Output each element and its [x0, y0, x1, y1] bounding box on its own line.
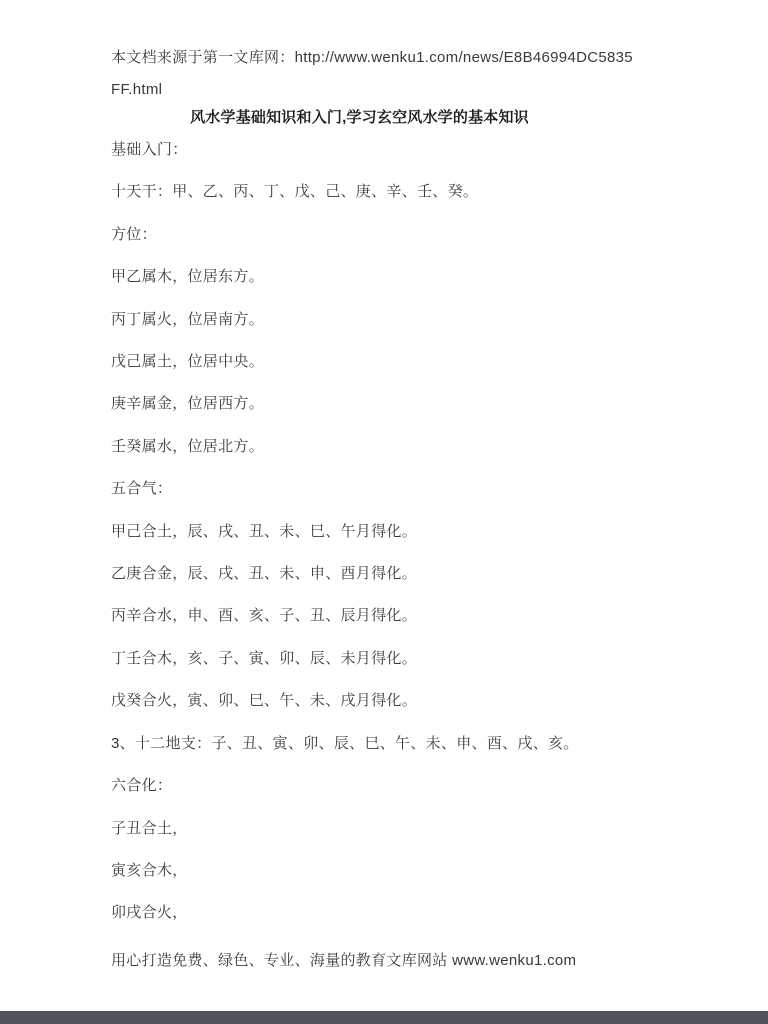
- paragraph: 六合化：: [111, 765, 608, 807]
- paragraph: 甲己合土，辰、戌、丑、未、巳、午月得化。: [111, 511, 608, 553]
- paragraph: 丁壬合木，亥、子、寅、卯、辰、未月得化。: [111, 638, 608, 680]
- document-title: 风水学基础知识和入门,学习玄空风水学的基本知识: [111, 107, 608, 129]
- paragraph: 戊癸合火，寅、卯、巳、午、未、戌月得化。: [111, 680, 608, 722]
- document-content: 本文档来源于第一文库网：http://www.wenku1.com/news/E…: [0, 0, 768, 971]
- document-page: 本文档来源于第一文库网：http://www.wenku1.com/news/E…: [0, 0, 768, 1024]
- paragraph: 3、十二地支：子、丑、寅、卯、辰、巳、午、未、申、酉、戌、亥。: [111, 723, 608, 765]
- document-body: 基础入门：十天干：甲、乙、丙、丁、戊、己、庚、辛、壬、癸。方位：甲乙属木，位居东…: [111, 129, 608, 935]
- paragraph: 戊己属土，位居中央。: [111, 341, 608, 383]
- paragraph: 十天干：甲、乙、丙、丁、戊、己、庚、辛、壬、癸。: [111, 171, 608, 213]
- paragraph: 庚辛属金，位居西方。: [111, 383, 608, 425]
- paragraph: 丙丁属火，位居南方。: [111, 299, 608, 341]
- paragraph: 壬癸属水，位居北方。: [111, 426, 608, 468]
- paragraph: 甲乙属木，位居东方。: [111, 256, 608, 298]
- paragraph: 丙辛合水，申、酉、亥、子、丑、辰月得化。: [111, 595, 608, 637]
- source-note-line1: 本文档来源于第一文库网：http://www.wenku1.com/news/E…: [111, 42, 608, 74]
- footer-note: 用心打造免费、绿色、专业、海量的教育文库网站 www.wenku1.com: [111, 951, 608, 971]
- paragraph: 方位：: [111, 214, 608, 256]
- source-note: 本文档来源于第一文库网：http://www.wenku1.com/news/E…: [111, 42, 608, 106]
- paragraph: 五合气：: [111, 468, 608, 510]
- paragraph: 寅亥合木，: [111, 850, 608, 892]
- paragraph: 卯戌合火，: [111, 892, 608, 934]
- paragraph: 乙庚合金，辰、戌、丑、未、申、酉月得化。: [111, 553, 608, 595]
- source-note-line2: FF.html: [111, 74, 608, 106]
- page-gap-bar: [0, 1011, 768, 1024]
- paragraph: 子丑合土，: [111, 808, 608, 850]
- paragraph: 基础入门：: [111, 129, 608, 171]
